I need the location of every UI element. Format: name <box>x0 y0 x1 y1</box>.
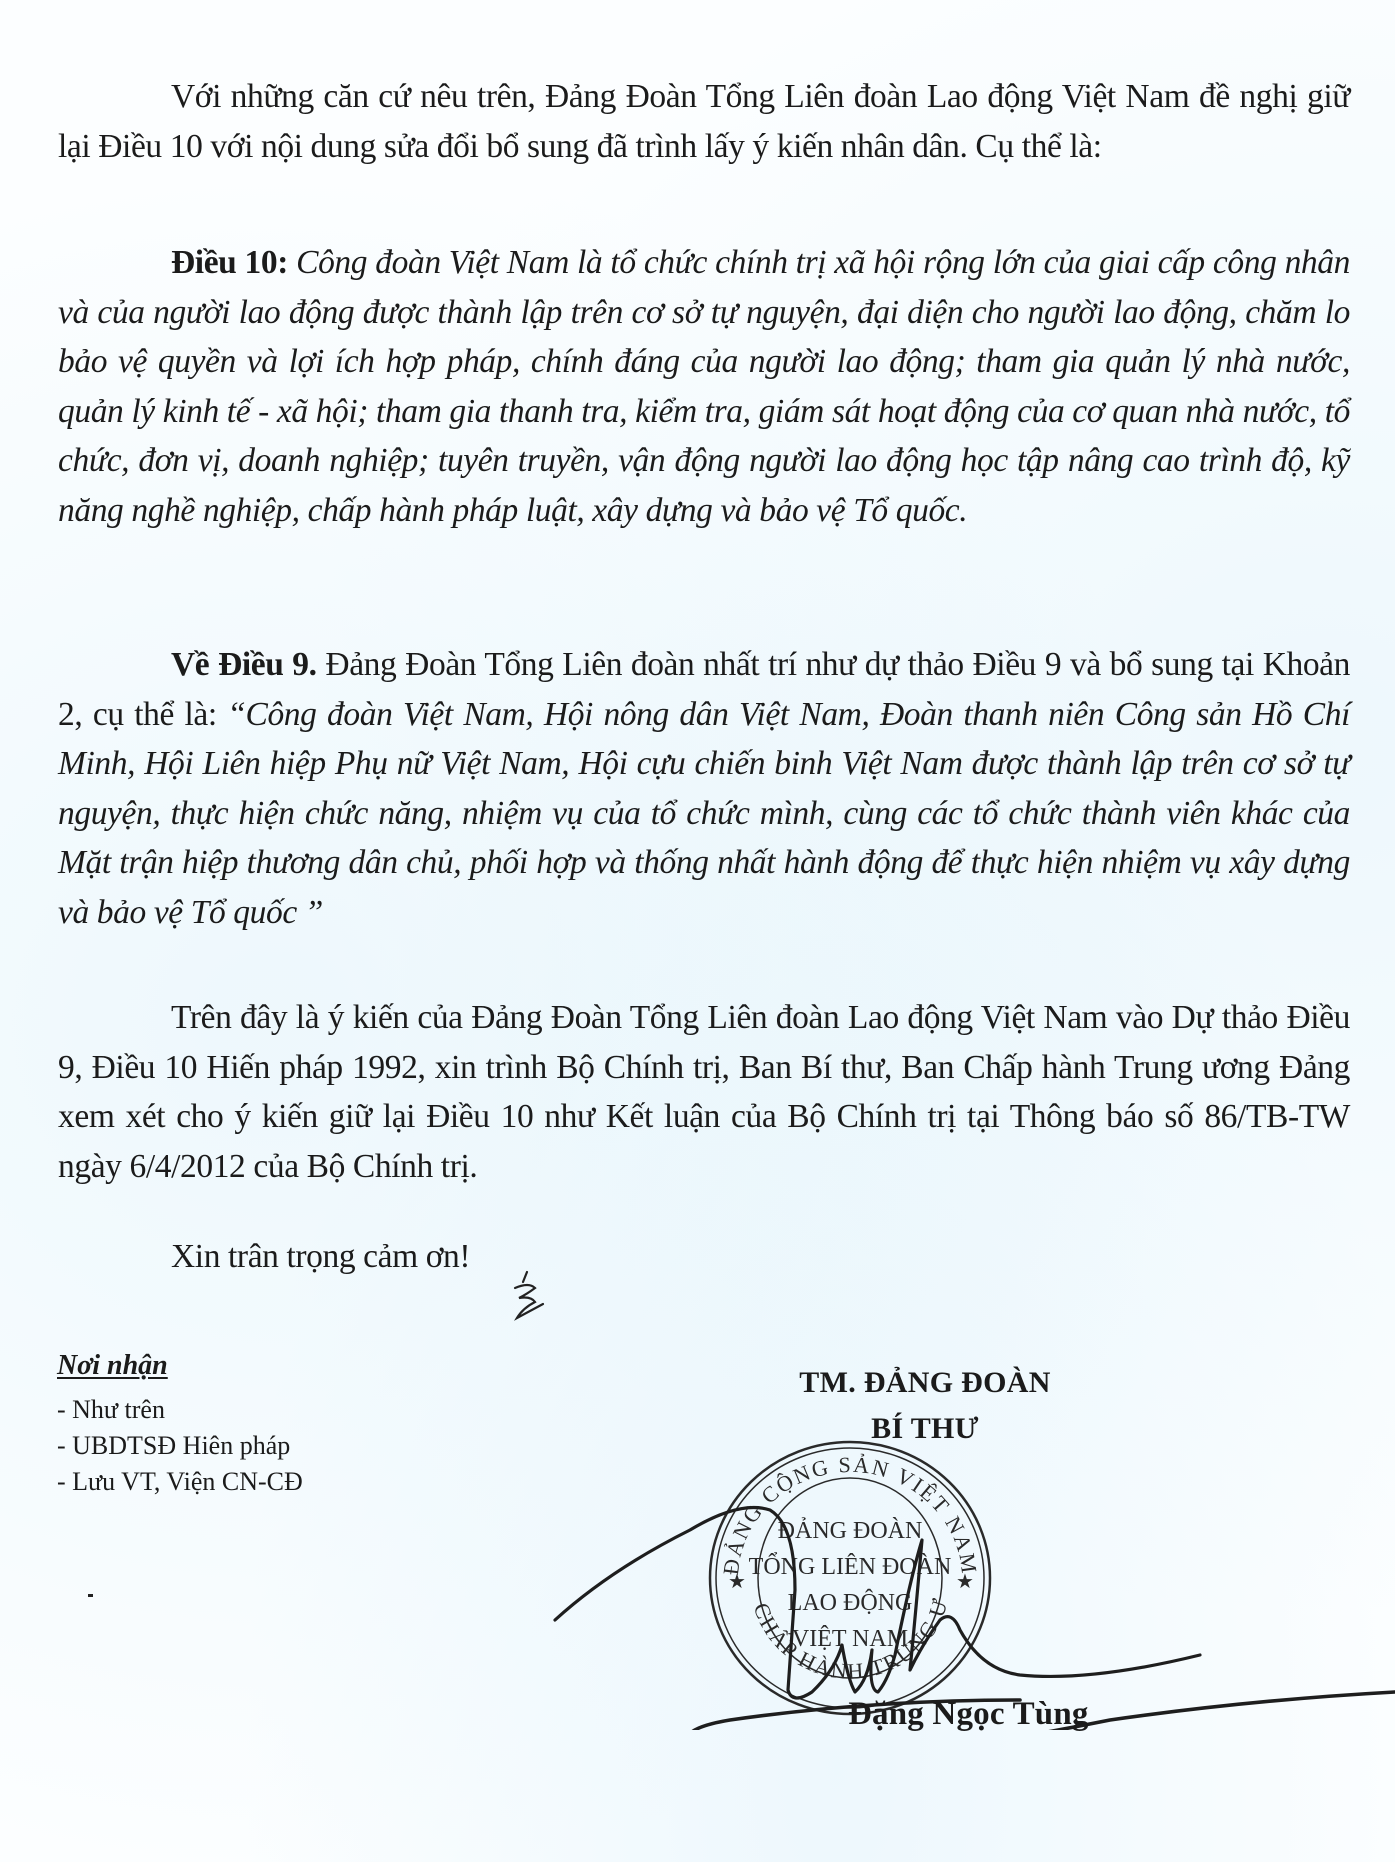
article-9-paragraph: Về Điều 9. Đảng Đoàn Tổng Liên đoàn nhất… <box>58 640 1350 937</box>
closing-block: Xin trân trọng cảm ơn! <box>58 1232 1350 1282</box>
article-10-paragraph: Điều 10: Công đoàn Việt Nam là tổ chức c… <box>58 238 1350 535</box>
article-10-text: Công đoàn Việt Nam là tổ chức chính trị … <box>58 244 1350 529</box>
seal-inner-line: LAO ĐỘNG <box>788 1589 913 1616</box>
seal-inner-line: ĐẢNG ĐOÀN <box>778 1518 923 1544</box>
scan-speck <box>88 1594 93 1597</box>
article-10-label: Điều 10: <box>171 244 288 281</box>
paragraph-proposal: Với những căn cứ nêu trên, Đảng Đoàn Tổn… <box>58 72 1350 171</box>
recipient-item: - UBDTSĐ Hiên pháp <box>57 1428 303 1464</box>
article-9-label: Về Điều 9. <box>171 646 317 683</box>
article-9-quote: “Công đoàn Việt Nam, Hội nông dân Việt N… <box>58 696 1350 931</box>
seal-inner-line: TỔNG LIÊN ĐOÀN <box>749 1553 952 1580</box>
recipient-item: - Lưu VT, Viện CN-CĐ <box>57 1464 303 1500</box>
signer-name: Đặng Ngọc Tùng <box>848 1696 1089 1733</box>
official-seal-icon: ĐẢNG CỘNG SẢN VIỆT NAM BAN CHẤP HÀNH TRU… <box>700 1430 1000 1720</box>
recipients-block: Nơi nhận - Như trên - UBDTSĐ Hiên pháp -… <box>57 1348 303 1500</box>
recipient-item: - Như trên <box>57 1392 303 1428</box>
closing-text: Xin trân trọng cảm ơn! <box>58 1232 1350 1282</box>
paragraph-text: Với những căn cứ nêu trên, Đảng Đoàn Tổn… <box>58 72 1350 171</box>
article-9-block: Về Điều 9. Đảng Đoàn Tổng Liên đoàn nhất… <box>58 640 1350 937</box>
recipients-title: Nơi nhận <box>57 1348 303 1384</box>
seal-star-right-icon: ★ <box>956 1571 974 1593</box>
handwritten-initial-icon <box>505 1268 555 1328</box>
article-10-block: Điều 10: Công đoàn Việt Nam là tổ chức c… <box>58 238 1350 535</box>
document-page: Với những căn cứ nêu trên, Đảng Đoàn Tổn… <box>0 0 1395 1862</box>
seal-inner-line: VIỆT NAM <box>792 1626 908 1652</box>
seal-star-left-icon: ★ <box>728 1571 746 1593</box>
paragraph-text: Trên đây là ý kiến của Đảng Đoàn Tổng Li… <box>58 993 1350 1191</box>
paragraph-summary: Trên đây là ý kiến của Đảng Đoàn Tổng Li… <box>58 993 1350 1191</box>
signature-title: TM. ĐẢNG ĐOÀN <box>760 1360 1090 1406</box>
